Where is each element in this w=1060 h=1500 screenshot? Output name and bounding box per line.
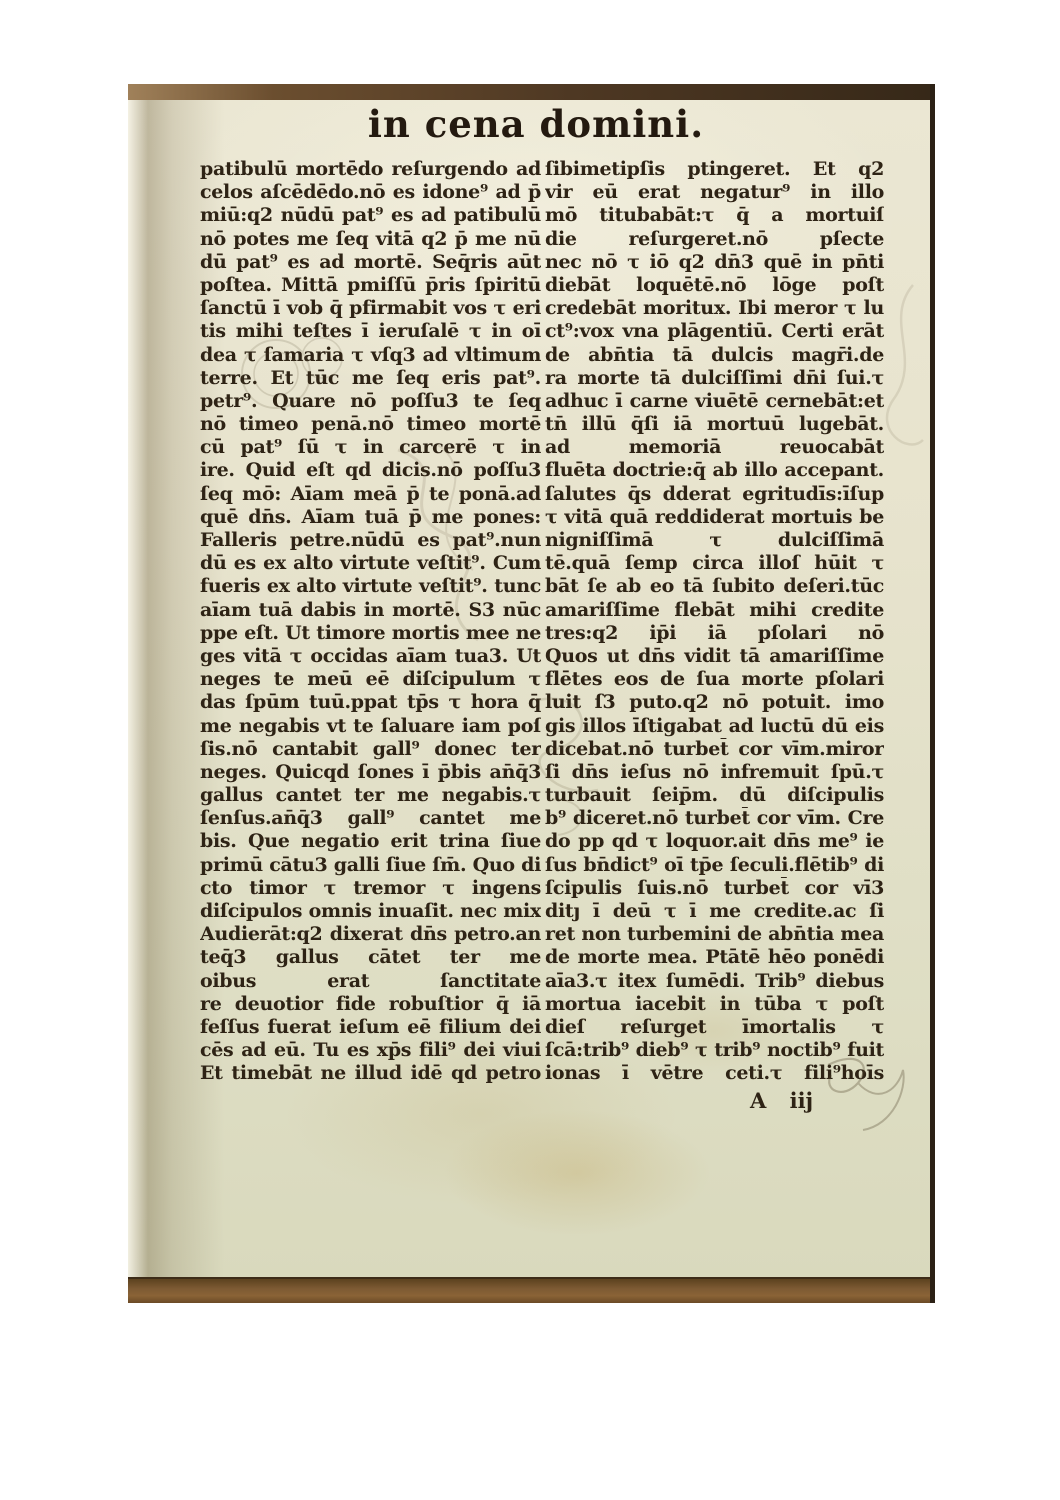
- text-line: cū pat⁹ ſū τ in carcerē τ in morte3: [200, 436, 541, 459]
- text-line: das ſpūm tuū.ppat tp̄s τ hora q̄: [200, 691, 541, 714]
- text-line: nigniſſimā τ dulciſſimā familiarita: [545, 529, 884, 552]
- text-line: nō potes me ſeq vitā q2 p̄ me nū: [200, 228, 541, 251]
- text-line: ſi dn̄s ieſus nō infremuit ſpū.τ nō: [545, 761, 884, 784]
- text-line: miū:q2 nūdū pat⁹ es ad patibulū: [200, 204, 541, 227]
- text-line: poſtea. Mittā pmiſſū p̄ris ſpiritū: [200, 274, 541, 297]
- text-line: cēs ad eū. Tu es xp̄s fili⁹ dei viui: [200, 1039, 541, 1062]
- text-line: patibulū mortēdo reſurgendo ad: [200, 158, 541, 181]
- text-line: ſeq mō: Aīam meā p̄ te ponā.ad: [200, 483, 541, 506]
- page-surface: in cena domini. patibulū mortēdo reſurge…: [128, 100, 930, 1279]
- text-line: ſalutes q̄s dderat egritudīs:īſup: [545, 483, 884, 506]
- text-line: adhuc ī carne viuētē cernebāt:et: [545, 390, 884, 413]
- text-line: Et timebāt ne illud idē qd petro: [200, 1062, 541, 1085]
- book-board-bottom-edge: [128, 1277, 935, 1303]
- text-line: gis illos īſtigabat ad luctū dū eis: [545, 715, 884, 738]
- text-line: ſanctū ī vob q̄ pfirmabit vos τ eri: [200, 297, 541, 320]
- text-line: de morte mea. Ptātē hēo ponēdi: [545, 946, 884, 969]
- text-line: Quos ut dn̄s vidit tā amariſſime: [545, 645, 884, 668]
- text-line: aīam tuā dabis in mortē. S3 nūc: [200, 599, 541, 622]
- text-line: neges te meū eē diſcipulum τ occi: [200, 668, 541, 691]
- text-line: fluēta doctrie:q̄ ab illo accepant.: [545, 459, 884, 482]
- text-line: ad memoriā reuocabāt dulciſſima: [545, 436, 884, 459]
- text-line: dieſ reſurget īmortalis τ īpaſſibiliſ: [545, 1016, 884, 1039]
- text-line: primū cātu3 galli ſiue ſm̄. Quo di: [200, 854, 541, 877]
- text-line: ſibimetipſis ptingeret. Et q2 tant⁹: [545, 158, 884, 181]
- text-line: ditȷ ī deū τ ī me credite.ac ſi dice: [545, 900, 884, 923]
- text-line: ſis.nō cantabit gall⁹ donec ter me: [200, 738, 541, 761]
- text-line: flētes eos de ſua morte pſolari vo: [545, 668, 884, 691]
- text-line: feſſus fuerat ieſum eē filium dei di: [200, 1016, 541, 1039]
- text-line: vir eū erat negatur⁹ in illo quodā: [545, 181, 884, 204]
- text-line: teq̄3 gallus cātet ter me negabis.q: [200, 946, 541, 969]
- text-line: b⁹ diceret.nō turbet̄ cor vīm. Cre: [545, 807, 884, 830]
- text-line: ges vitā τ occidas aīam tua3. Ut: [200, 645, 541, 668]
- text-line: die reſurgeret.nō pſecte credebāt.: [545, 228, 884, 251]
- text-line: gallus cantet ter me negabis.τ eſt: [200, 784, 541, 807]
- text-column-left: patibulū mortēdo reſurgendo adcelos aſcē…: [200, 158, 541, 1086]
- text-column-right: ſibimetipſis ptingeret. Et q2 tant⁹vir e…: [545, 158, 884, 1086]
- text-line: cto timor τ tremor τ ingens dolor: [200, 877, 541, 900]
- text-line: nec nō τ iō q2 dn̄3 quē in pn̄ti au: [545, 251, 884, 274]
- text-line: ret non turbemini de abn̄tia mea: [545, 923, 884, 946]
- text-line: de abn̄tia tā dulcis magr̄i.de futu: [545, 344, 884, 367]
- book-scan-photo: in cena domini. patibulū mortēdo reſurge…: [128, 84, 935, 1303]
- text-line: celos aſcēdēdo.nō es idone⁹ ad p̄: [200, 181, 541, 204]
- text-line: luit ſ3 puto.q2 nō potuit. imo ma: [545, 691, 884, 714]
- text-line: ra morte tā dulciſſimi dn̄i ſui.τ eū: [545, 367, 884, 390]
- text-line: ionas ī vētre ceti.τ fili⁹hoīs tertia: [545, 1062, 884, 1085]
- text-line: nō timeo penā.nō timeo mortē te: [200, 413, 541, 436]
- text-line: bis. Que negatio erit trina ſiue an̄: [200, 830, 541, 853]
- text-line: oibus erat ſanctitate pſtātior.amo: [200, 970, 541, 993]
- text-line: diſcipulos omnis inuaſit. nec mix: [200, 900, 541, 923]
- text-line: amariſſime flebāt mihi credite fra: [545, 599, 884, 622]
- text-line: fueris ex alto virtute veſtit⁹. tunc: [200, 575, 541, 598]
- text-line: dū es ex alto virtute veſtit⁹. Cum: [200, 552, 541, 575]
- text-line: tē.quā ſemp circa illoſ hūit τ vide: [545, 552, 884, 575]
- text-line: mortua iacebit in tūba τ poſt tres: [545, 993, 884, 1016]
- text-line: tn̄ illū q̄ſi iā mortuū lugebāt. Tūc: [545, 413, 884, 436]
- text-line: dea τ ſamaria τ vſq3 ad vltimum: [200, 344, 541, 367]
- book-page-right-edge: [930, 84, 935, 1303]
- signature-mark: A iij: [750, 1088, 813, 1113]
- text-line: quē dn̄s. Aīam tuā p̄ me pones:: [200, 506, 541, 529]
- text-line: diebāt loquētē.nō lōge poſt futux: [545, 274, 884, 297]
- text-line: Falleris petre.nūdū es pat⁹.nun: [200, 529, 541, 552]
- text-line: τ vitā quā reddiderat mortuis be: [545, 506, 884, 529]
- text-line: petr⁹. Quare nō poſſu3 te ſeq mō.: [200, 390, 541, 413]
- text-line: ct⁹:vox vna plāgentiū. Certi erāt: [545, 320, 884, 343]
- text-line: tres:q2 ip̄i iā pſolari nō poterant.: [545, 622, 884, 645]
- text-line: ſus bn̄dict⁹ oī tp̄e ſeculi.flētib⁹ di: [545, 854, 884, 877]
- text-line: ſcipulis ſuis.nō turbet̄ cor vī3 cre: [545, 877, 884, 900]
- text-line: Audierāt:q2 dixerat dn̄s petro.an: [200, 923, 541, 946]
- text-line: dicebat.nō turbet̄ cor vīm.miror: [545, 738, 884, 761]
- text-line: me negabis vt te ſaluare iam poſ: [200, 715, 541, 738]
- text-line: turbauit ſeip̄m. dū diſcipulis flēti: [545, 784, 884, 807]
- text-line: tis mihi teſtes ī ieruſalē τ in oī iu: [200, 320, 541, 343]
- text-line: dū pat⁹ es ad mortē. Seq̄ris aūt: [200, 251, 541, 274]
- text-line: bāt ſe ab eo tā ſubito deſeri.tūc ſic: [545, 575, 884, 598]
- text-line: credebāt moritux. Ibi meror τ lu: [545, 297, 884, 320]
- text-line: ppe eſt. Ut timore mortis mee ne: [200, 622, 541, 645]
- text-line: re deuotior fide robuſtior q̄ iā con: [200, 993, 541, 1016]
- text-line: ire. Quid eſt qd dicis.nō poſſu3 te: [200, 459, 541, 482]
- book-board-top-edge: [128, 84, 935, 101]
- text-line: ſenſus.an̄q̄3 gall⁹ cantet me nega: [200, 807, 541, 830]
- page-title: in cena domini.: [128, 102, 930, 146]
- text-line: terre. Et tūc me ſeq eris pat⁹. Cui: [200, 367, 541, 390]
- text-line: mō titubabāt:τ q̄ a mortuiſ tertia: [545, 204, 884, 227]
- text-line: neges. Quicqd ſones ī p̄bis an̄q̄3: [200, 761, 541, 784]
- text-line: do pp qd τ loquor.ait dn̄s me⁹ ie: [545, 830, 884, 853]
- text-line: ſcā:trib⁹ dieb⁹ τ trib⁹ noctib⁹ fuit: [545, 1039, 884, 1062]
- text-line: aīa3.τ itex ſumēdi. Trib⁹ diebus: [545, 970, 884, 993]
